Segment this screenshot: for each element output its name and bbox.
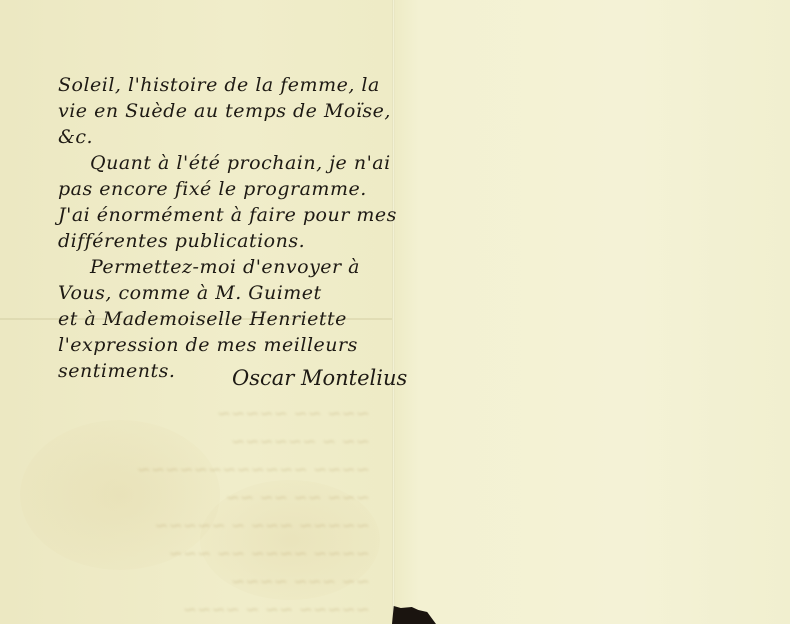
letter-line: pas encore fixé le programme. [58,176,398,202]
letter-line: Soleil, l'histoire de la femme, la [58,72,398,98]
burn-mark [392,604,436,624]
letter-line: J'ai énormément à faire pour mes [58,202,398,228]
letter-line: et à Mademoiselle Henriette [58,306,398,332]
letter-page: Soleil, l'histoire de la femme, la vie e… [0,0,790,624]
letter-body: Soleil, l'histoire de la femme, la vie e… [58,72,398,384]
bleed-through-text: ~~~ ~~ ~~~~~ ~~ ~ ~~~~~~ ~~~~ ~~~~~~~~~~… [10,400,370,624]
signature: Oscar Montelius [232,366,407,390]
letter-line: Vous, comme à M. Guimet [58,280,398,306]
letter-line: différentes publications. [58,228,398,254]
letter-line: vie en Suède au temps de Moïse, [58,98,398,124]
letter-line: &c. [58,124,398,150]
letter-line: l'expression de mes meilleurs [58,332,398,358]
letter-line: Quant à l'été prochain, je n'ai [58,150,398,176]
letter-line: Permettez-moi d'envoyer à [58,254,398,280]
